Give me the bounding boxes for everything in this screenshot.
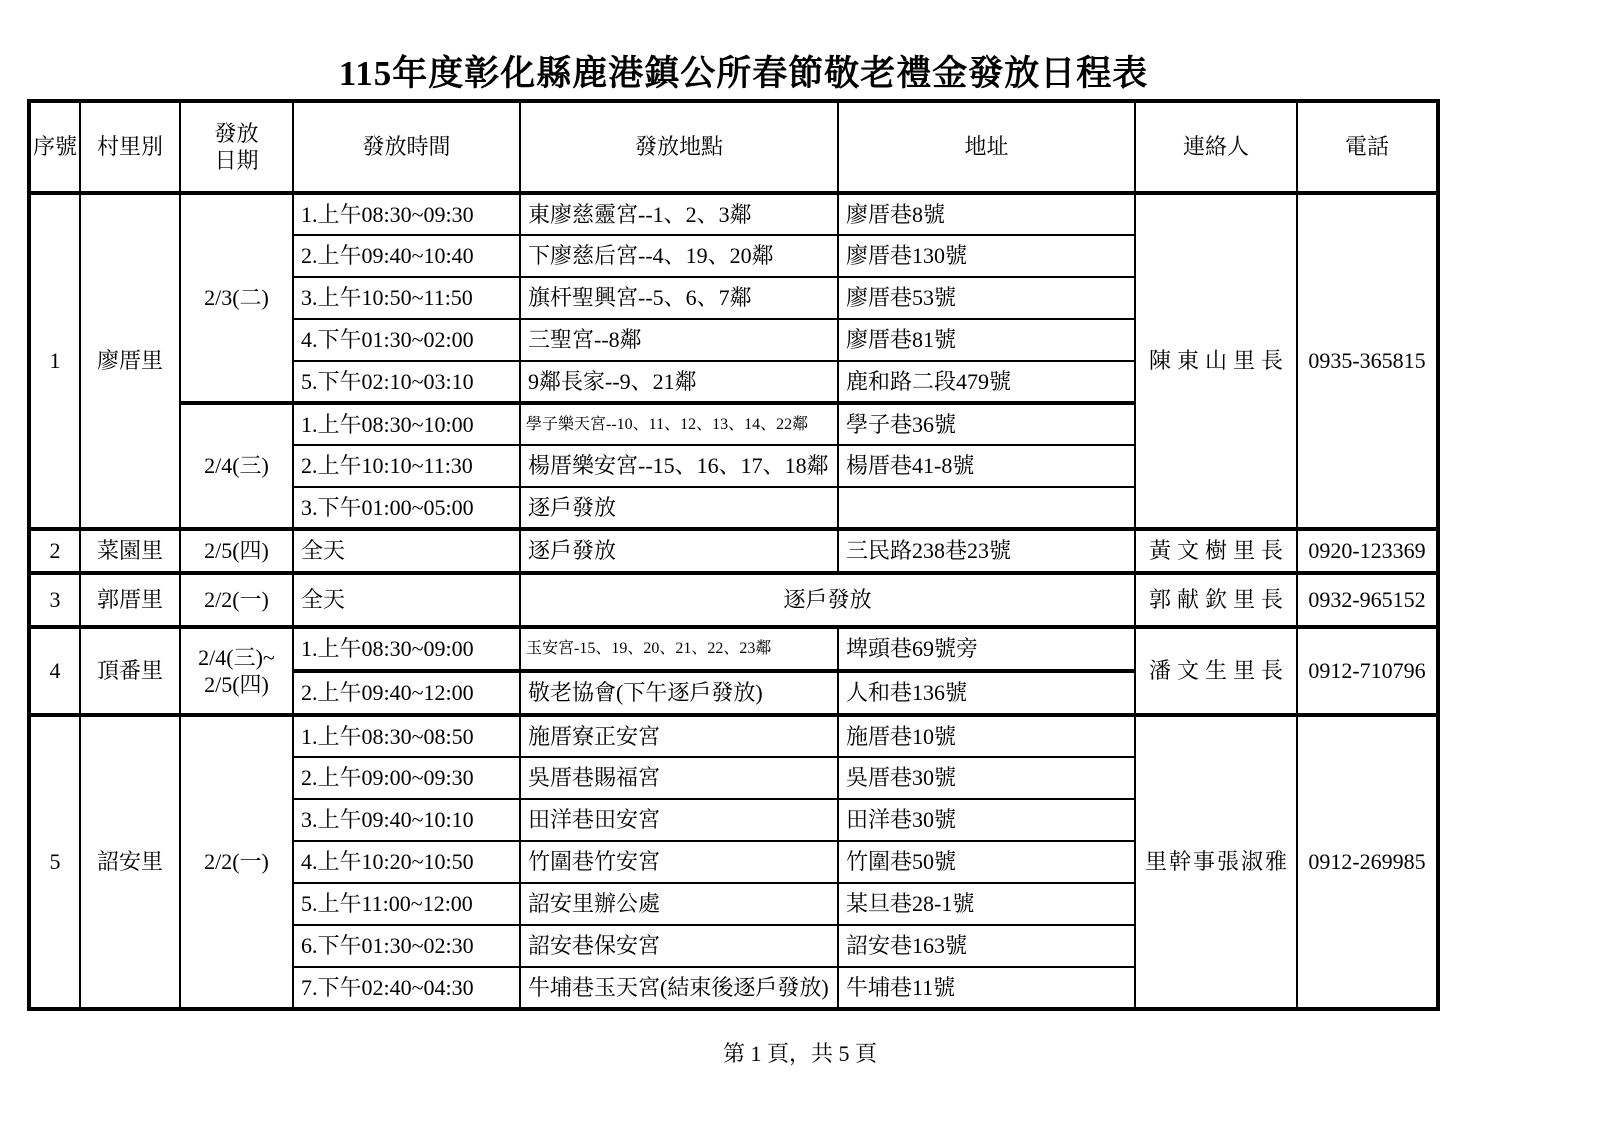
cell-contact: 郭献欽里長 (1135, 573, 1297, 627)
cell-address: 鹿和路二段479號 (838, 361, 1135, 403)
cell-no: 1 (29, 193, 80, 529)
header-cell-phone: 電話 (1297, 101, 1438, 193)
table-row: 3 郭厝里 2/2(一) 全天 逐戶發放 郭献欽里長 0932-965152 (29, 573, 1438, 627)
cell-address: 學子巷36號 (838, 403, 1135, 445)
cell-location: 施厝寮正安宮 (520, 715, 838, 757)
cell-location: 詔安巷保安宮 (520, 925, 838, 967)
header-cell-no: 序號 (29, 101, 80, 193)
cell-location: 牛埔巷玉天宮(結束後逐戶發放) (520, 967, 838, 1009)
cell-address (838, 487, 1135, 529)
cell-date: 2/2(一) (180, 573, 293, 627)
cell-phone: 0912-710796 (1297, 627, 1438, 715)
table-row: 1 廖厝里 2/3(二) 1.上午08:30~09:30 東廖慈靈宮--1、2、… (29, 193, 1438, 235)
cell-phone: 0935-365815 (1297, 193, 1438, 529)
table-row: 5 詔安里 2/2(一) 1.上午08:30~08:50 施厝寮正安宮 施厝巷1… (29, 715, 1438, 757)
cell-time: 6.下午01:30~02:30 (293, 925, 520, 967)
cell-time: 2.上午10:10~11:30 (293, 445, 520, 487)
page-number: 第 1 頁，共 5 頁 (0, 1037, 1600, 1068)
cell-time: 3.上午09:40~10:10 (293, 799, 520, 841)
cell-time: 3.下午01:00~05:00 (293, 487, 520, 529)
table-row: 2 菜園里 2/5(四) 全天 逐戶發放 三民路238巷23號 黃文樹里長 09… (29, 529, 1438, 573)
header-cell-address: 地址 (838, 101, 1135, 193)
schedule-table: 序號 村里別 發放 日期 發放時間 發放地點 地址 連絡人 電話 1 廖厝里 2… (27, 99, 1440, 1011)
cell-location: 三聖宮--8鄰 (520, 319, 838, 361)
cell-time: 2.上午09:00~09:30 (293, 757, 520, 799)
cell-village: 菜園里 (80, 529, 180, 573)
cell-village: 廖厝里 (80, 193, 180, 529)
header-cell-contact: 連絡人 (1135, 101, 1297, 193)
cell-time: 全天 (293, 529, 520, 573)
cell-time: 4.上午10:20~10:50 (293, 841, 520, 883)
cell-time: 1.上午08:30~10:00 (293, 403, 520, 445)
page-title: 115年度彰化縣鹿港鎮公所春節敬老禮金發放日程表 (27, 52, 1460, 96)
cell-address: 人和巷136號 (838, 671, 1135, 715)
cell-time: 1.上午08:30~08:50 (293, 715, 520, 757)
cell-location: 下廖慈后宮--4、19、20鄰 (520, 235, 838, 277)
cell-contact: 潘文生里長 (1135, 627, 1297, 715)
cell-contact: 里幹事張淑雅 (1135, 715, 1297, 1009)
cell-location: 學子樂天宮--10、11、12、13、14、22鄰 (520, 403, 838, 445)
cell-date: 2/3(二) (180, 193, 293, 403)
cell-date: 2/4(三) (180, 403, 293, 529)
cell-time: 2.上午09:40~10:40 (293, 235, 520, 277)
cell-contact: 陳東山里長 (1135, 193, 1297, 529)
cell-address: 廖厝巷53號 (838, 277, 1135, 319)
header-cell-village: 村里別 (80, 101, 180, 193)
cell-location: 敬老協會(下午逐戶發放) (520, 671, 838, 715)
cell-village: 頂番里 (80, 627, 180, 715)
cell-address: 廖厝巷8號 (838, 193, 1135, 235)
cell-time: 1.上午08:30~09:00 (293, 627, 520, 671)
cell-no: 2 (29, 529, 80, 573)
cell-time: 5.下午02:10~03:10 (293, 361, 520, 403)
cell-location: 逐戶發放 (520, 529, 838, 573)
header-cell-location: 發放地點 (520, 101, 838, 193)
cell-village: 詔安里 (80, 715, 180, 1009)
cell-location: 9鄰長家--9、21鄰 (520, 361, 838, 403)
cell-location: 田洋巷田安宮 (520, 799, 838, 841)
cell-time: 4.下午01:30~02:00 (293, 319, 520, 361)
cell-date: 2/2(一) (180, 715, 293, 1009)
cell-no: 4 (29, 627, 80, 715)
cell-date: 2/5(四) (180, 529, 293, 573)
cell-time: 全天 (293, 573, 520, 627)
cell-phone: 0912-269985 (1297, 715, 1438, 1009)
cell-location: 玉安宮-15、19、20、21、22、23鄰 (520, 627, 838, 671)
cell-address: 楊厝巷41-8號 (838, 445, 1135, 487)
cell-address: 廖厝巷81號 (838, 319, 1135, 361)
cell-contact: 黃文樹里長 (1135, 529, 1297, 573)
header-cell-date: 發放 日期 (180, 101, 293, 193)
cell-no: 5 (29, 715, 80, 1009)
cell-time: 7.下午02:40~04:30 (293, 967, 520, 1009)
cell-no: 3 (29, 573, 80, 627)
cell-phone: 0920-123369 (1297, 529, 1438, 573)
cell-location: 逐戶發放 (520, 487, 838, 529)
cell-address: 田洋巷30號 (838, 799, 1135, 841)
cell-phone: 0932-965152 (1297, 573, 1438, 627)
cell-location: 旗杆聖興宮--5、6、7鄰 (520, 277, 838, 319)
header-cell-time: 發放時間 (293, 101, 520, 193)
cell-location: 詔安里辦公處 (520, 883, 838, 925)
cell-address: 三民路238巷23號 (838, 529, 1135, 573)
cell-address: 竹圍巷50號 (838, 841, 1135, 883)
cell-address: 施厝巷10號 (838, 715, 1135, 757)
cell-time: 5.上午11:00~12:00 (293, 883, 520, 925)
cell-time: 2.上午09:40~12:00 (293, 671, 520, 715)
cell-address: 詔安巷163號 (838, 925, 1135, 967)
cell-address: 吳厝巷30號 (838, 757, 1135, 799)
cell-location: 逐戶發放 (520, 573, 1135, 627)
cell-location: 吳厝巷賜福宮 (520, 757, 838, 799)
cell-location: 東廖慈靈宮--1、2、3鄰 (520, 193, 838, 235)
header-row: 序號 村里別 發放 日期 發放時間 發放地點 地址 連絡人 電話 (29, 101, 1438, 193)
cell-address: 某旦巷28-1號 (838, 883, 1135, 925)
document-sheet: 115年度彰化縣鹿港鎮公所春節敬老禮金發放日程表 序號 村里別 發放 日期 發放… (27, 0, 1460, 1011)
cell-village: 郭厝里 (80, 573, 180, 627)
cell-date: 2/4(三)~ 2/5(四) (180, 627, 293, 715)
cell-location: 楊厝樂安宮--15、16、17、18鄰 (520, 445, 838, 487)
cell-address: 牛埔巷11號 (838, 967, 1135, 1009)
cell-address: 埤頭巷69號旁 (838, 627, 1135, 671)
table-row: 4 頂番里 2/4(三)~ 2/5(四) 1.上午08:30~09:00 玉安宮… (29, 627, 1438, 671)
cell-location: 竹圍巷竹安宮 (520, 841, 838, 883)
cell-address: 廖厝巷130號 (838, 235, 1135, 277)
cell-time: 1.上午08:30~09:30 (293, 193, 520, 235)
cell-time: 3.上午10:50~11:50 (293, 277, 520, 319)
